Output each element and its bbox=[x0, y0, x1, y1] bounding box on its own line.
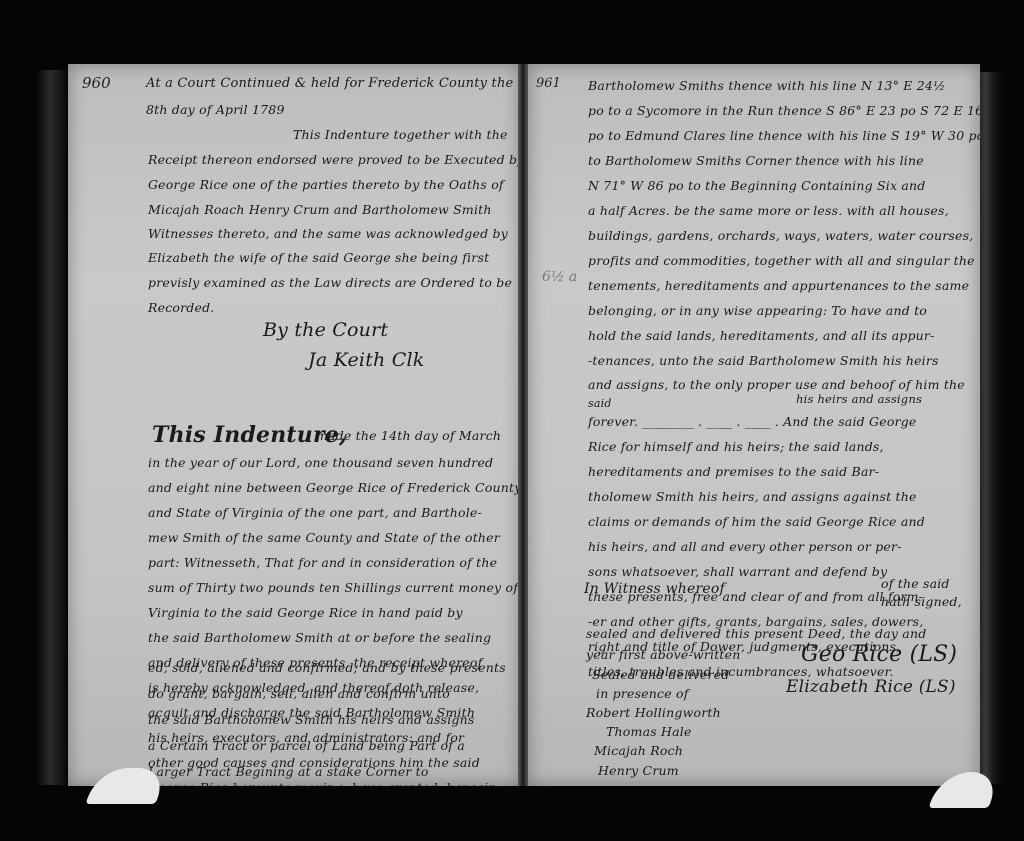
text-line: profits and commodities, together with a… bbox=[588, 253, 975, 268]
text-line: Elizabeth the wife of the said George sh… bbox=[148, 250, 489, 265]
text-line: titles, troubles and incumbrances, whats… bbox=[588, 664, 894, 679]
text-line: previsly examined as the Law directs are… bbox=[148, 275, 512, 290]
clerk-signature: Ja Keith Clk bbox=[308, 349, 424, 371]
text-line: This Indenture together with the bbox=[293, 127, 508, 142]
page-number-right: 961 bbox=[536, 76, 561, 91]
text-line: po to a Sycomore in the Run thence S 86°… bbox=[588, 103, 980, 118]
left-page: 960 At a Court Continued & held for Fred… bbox=[68, 64, 522, 786]
text-line: -tenances, unto the said Bartholomew Smi… bbox=[588, 353, 939, 368]
text-line: Virginia to the said George Rice in hand… bbox=[148, 605, 463, 620]
text-line: said bbox=[588, 397, 612, 410]
right-page: 961 6½ a Bartholomew Smiths thence with … bbox=[526, 64, 980, 786]
text-line: his heirs and assigns bbox=[796, 392, 922, 406]
text-line: forever. ________ . ____ . ____ . And th… bbox=[588, 414, 917, 429]
text-line: a half Acres. be the same more or less. … bbox=[588, 203, 949, 218]
book-binding-right bbox=[978, 72, 1004, 784]
by-the-court: By the Court bbox=[263, 319, 388, 341]
text-line: buildings, gardens, orchards, ways, wate… bbox=[588, 228, 973, 243]
text-line: George Rice one of the parties thereto b… bbox=[148, 177, 504, 192]
margin-note-acreage: 6½ a bbox=[542, 269, 577, 285]
court-header-line: At a Court Continued & held for Frederic… bbox=[146, 76, 513, 91]
text-line: N 71° W 86 po to the Beginning Containin… bbox=[588, 178, 926, 193]
text-line: the said Bartholomew Smith at or before … bbox=[148, 630, 491, 645]
text-line: sons whatsoever, shall warrant and defen… bbox=[588, 564, 887, 579]
text-line: hereditaments and premises to the said B… bbox=[588, 464, 879, 479]
text-line: acquit and discharge the said Bartholome… bbox=[148, 705, 475, 720]
text-line: part: Witnesseth, That for and in consid… bbox=[148, 555, 497, 570]
text-line: belonging, or in any wise appearing: To … bbox=[588, 303, 927, 318]
book-bottom-edge bbox=[60, 786, 980, 841]
text-line: and eight nine between George Rice of Fr… bbox=[148, 480, 522, 495]
text-line: and State of Virginia of the one part, a… bbox=[148, 505, 482, 520]
text-line: mew Smith of the same County and State o… bbox=[148, 530, 500, 545]
text-line: tenements, hereditaments and appurtenanc… bbox=[588, 278, 969, 293]
text-line: tholomew Smith his heirs, and assigns ag… bbox=[588, 489, 917, 504]
text-line: his heirs, and all and every other perso… bbox=[588, 539, 902, 554]
text-line: other good causes and considerations him… bbox=[148, 755, 480, 770]
text-line: Receipt thereon endorsed were proved to … bbox=[148, 152, 522, 167]
text-line: right and title of Dower, judgments, exe… bbox=[588, 639, 900, 654]
text-line: is hereby acknowledged, and thereof doth… bbox=[148, 680, 479, 695]
text-line: Witnesses thereto, and the same was ackn… bbox=[148, 226, 508, 241]
text-line: -er and other gifts, grants, bargains, s… bbox=[588, 614, 923, 629]
text-line: Recorded. bbox=[148, 300, 215, 315]
text-line: in the year of our Lord, one thousand se… bbox=[148, 455, 493, 470]
court-date-line: 8th day of April 1789 bbox=[146, 102, 285, 117]
text-line: Bartholomew Smiths thence with his line … bbox=[588, 78, 945, 93]
book-binding-left bbox=[38, 70, 68, 785]
text-line: Micajah Roach Henry Crum and Bartholomew… bbox=[148, 202, 492, 217]
text-line: made the 14th day of March bbox=[316, 428, 501, 443]
text-line: and assigns, to the only proper use and … bbox=[588, 377, 965, 392]
text-line: claims or demands of him the said George… bbox=[588, 514, 925, 529]
text-line: po to Edmund Clares line thence with his… bbox=[588, 128, 980, 143]
text-line: to Bartholomew Smiths Corner thence with… bbox=[588, 153, 924, 168]
page-number-left: 960 bbox=[82, 74, 111, 92]
text-line: and delivery of these presents, the rece… bbox=[148, 655, 482, 670]
text-line: Rice for himself and his heirs; the said… bbox=[588, 439, 884, 454]
text-line: sum of Thirty two pounds ten Shillings c… bbox=[148, 580, 518, 595]
text-line: his heirs, executors, and administrators… bbox=[148, 730, 464, 745]
text-line: hold the said lands, hereditaments, and … bbox=[588, 328, 935, 343]
text-line: these presents, free and clear of and fr… bbox=[588, 589, 923, 604]
